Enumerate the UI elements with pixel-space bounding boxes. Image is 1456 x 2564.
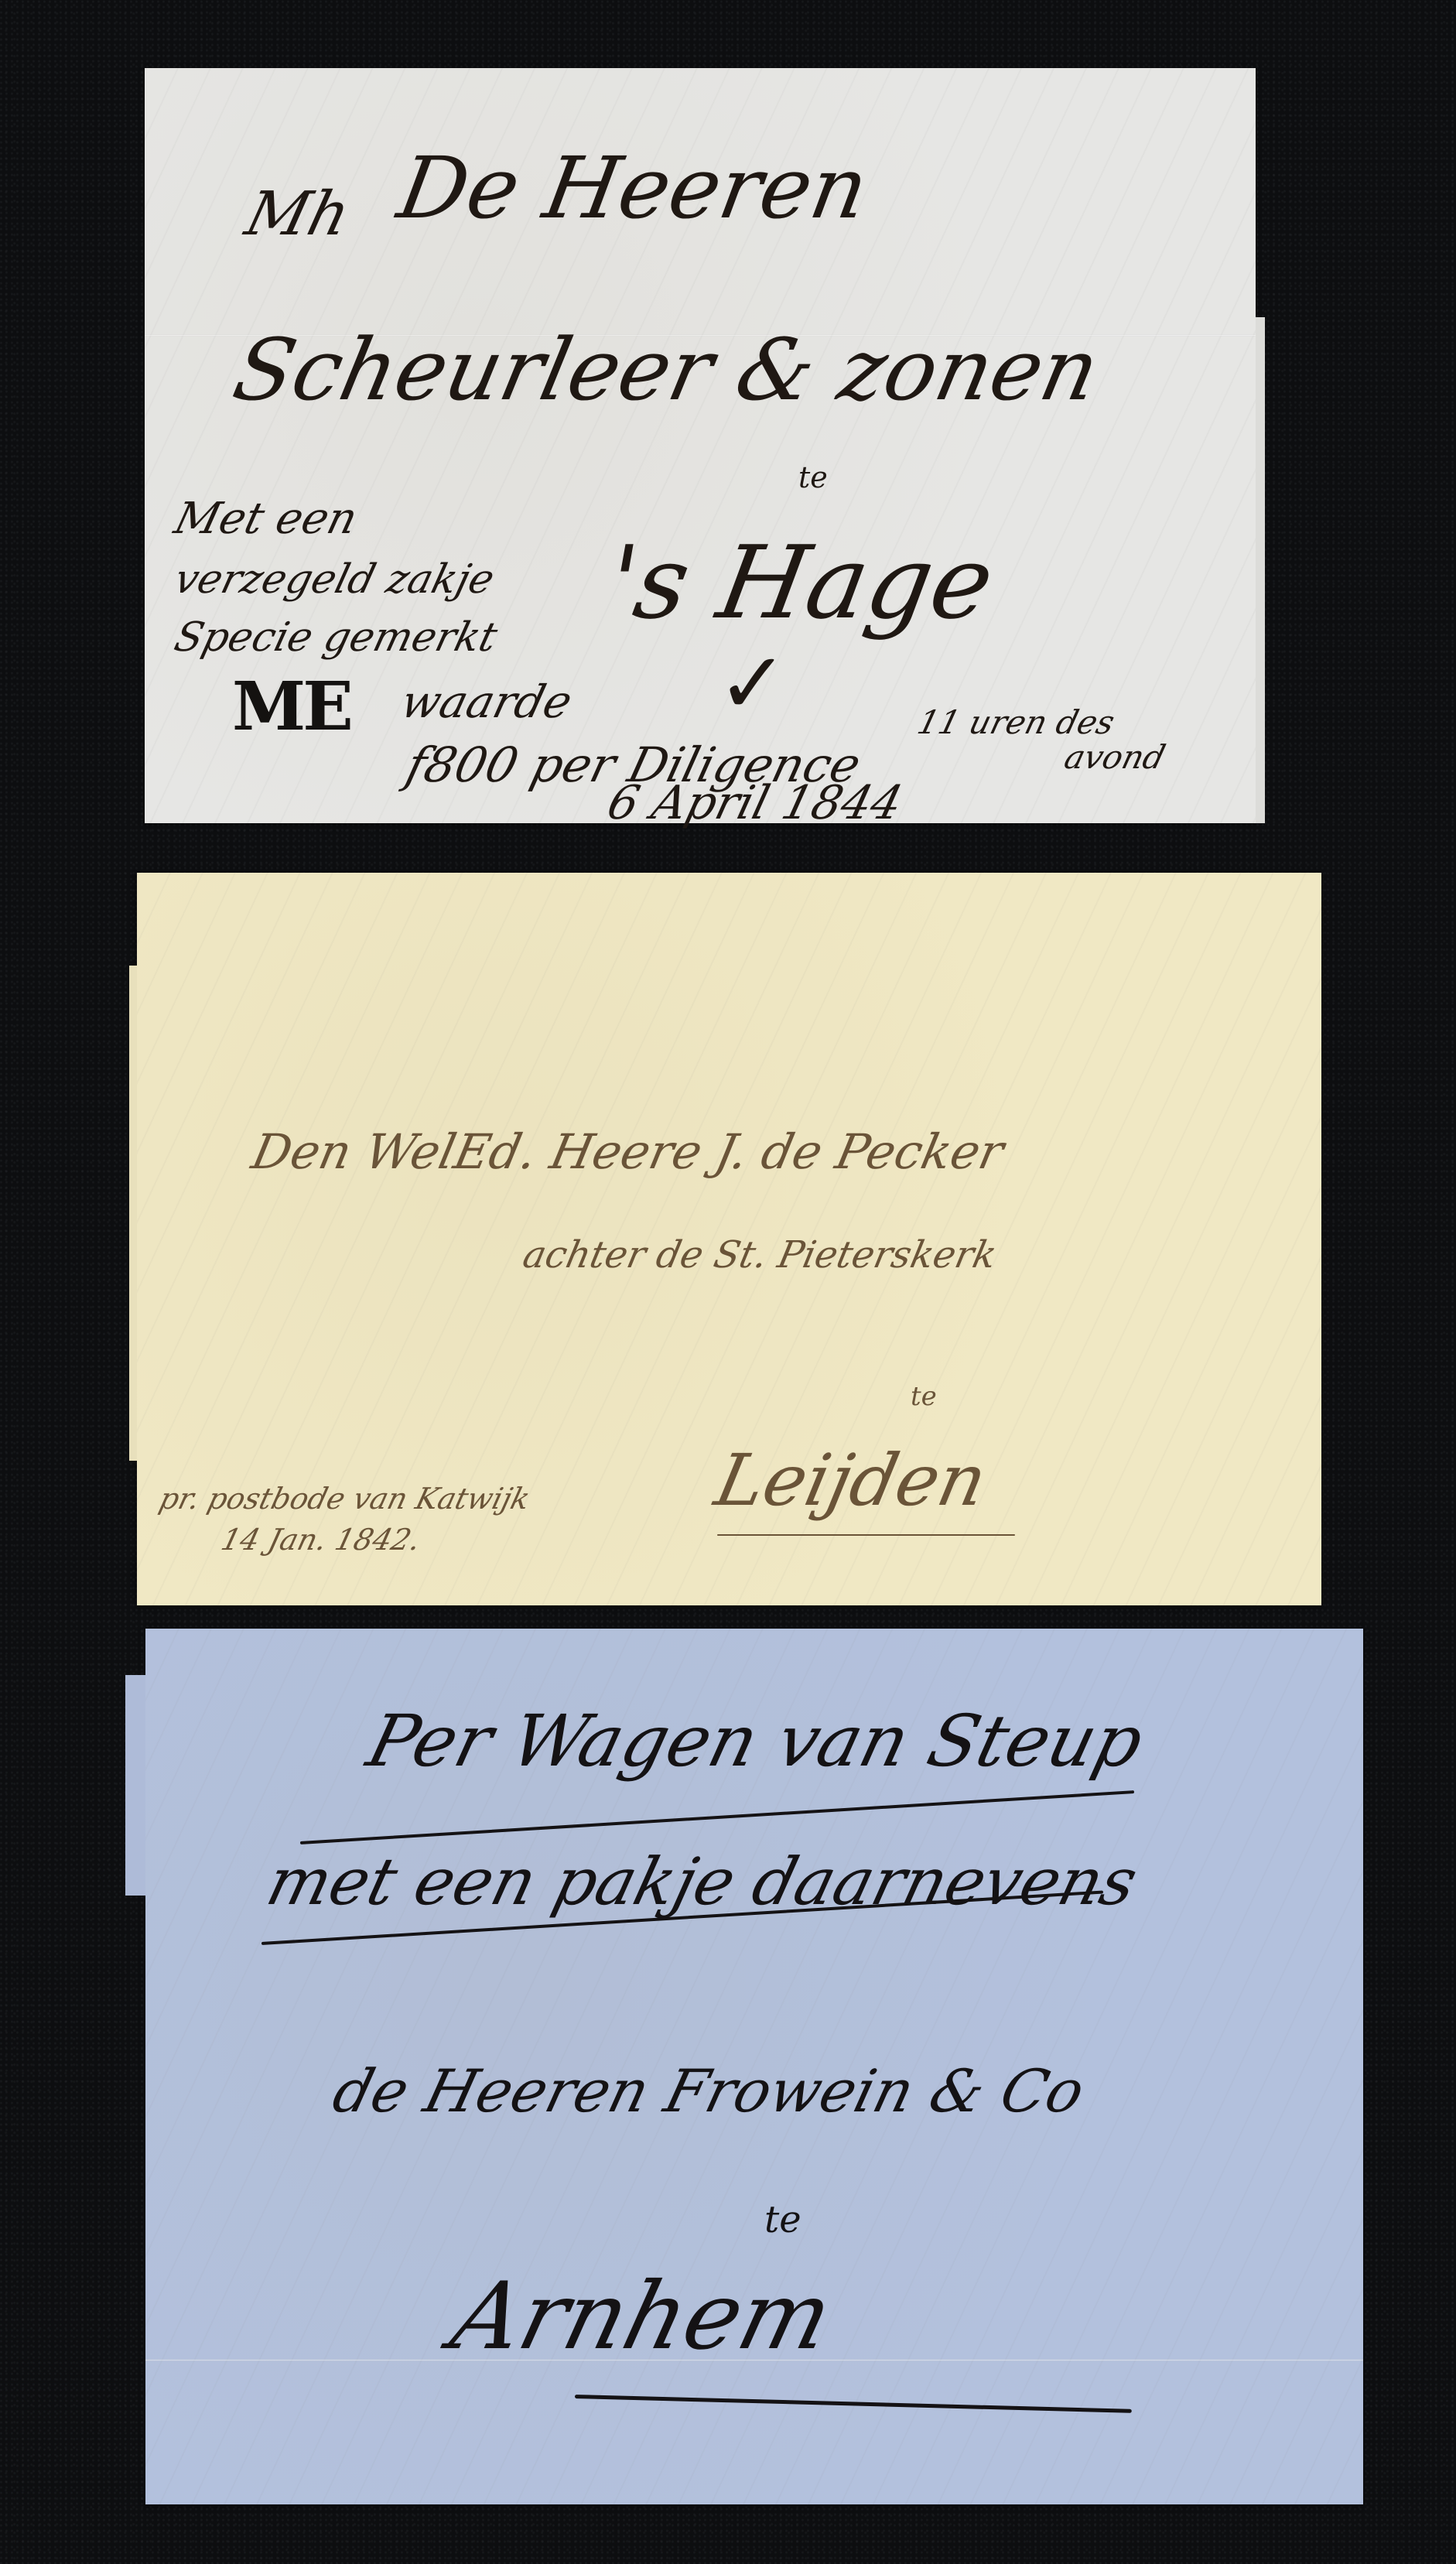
- fold-flap: [1256, 317, 1265, 823]
- destination: 's Hage: [600, 532, 1001, 633]
- destination-underline: [717, 1534, 1015, 1536]
- checkmark-icon: ✓: [717, 641, 788, 726]
- salutation-prefix: Mh: [240, 184, 356, 244]
- letter-cover-frowein: Per Wagen van Steup met een pakje daarne…: [145, 1629, 1363, 2504]
- note-line-2: verzegeld zakje: [171, 559, 498, 600]
- me-handstamp: ME: [232, 668, 350, 746]
- routing-line-2: met een pakje daarnevens: [261, 1849, 1143, 1914]
- note-line-1: Met een: [170, 497, 361, 541]
- destination: Leijden: [709, 1445, 993, 1516]
- date: 6 April 1844: [603, 780, 907, 826]
- address-line-2: achter de St. Pieterskerk: [520, 1236, 1000, 1273]
- routing-underline-1: [300, 1790, 1134, 1844]
- address-line-1: Den WelEd. Heere J. de Pecker: [248, 1128, 1007, 1176]
- letter-cover-scheurleer: Mh De Heeren Scheurleer & zonen te 's Ha…: [145, 68, 1256, 823]
- postal-note-date: 14 Jan. 1842.: [218, 1525, 423, 1554]
- salutation: De Heeren: [392, 145, 873, 231]
- destination-flourish: [575, 2395, 1132, 2413]
- addressee: Scheurleer & zonen: [227, 327, 1106, 412]
- destination-prefix: te: [798, 463, 828, 492]
- time-line-2: avond: [1061, 741, 1168, 774]
- postal-note-line-1: pr. postbode van Katwijk: [156, 1484, 533, 1513]
- fold-flap: [125, 1675, 145, 1896]
- fold-flap: [129, 966, 137, 1461]
- destination: Arnhem: [443, 2271, 840, 2364]
- value-label: waarde: [397, 679, 576, 724]
- routing-line-1: Per Wagen van Steup: [361, 1706, 1150, 1777]
- addressee: de Heeren Frowein & Co: [328, 2062, 1090, 2121]
- time-line-1: 11 uren des: [914, 706, 1118, 739]
- note-line-3: Specie gemerkt: [171, 617, 501, 658]
- destination-prefix: te: [764, 2201, 801, 2238]
- destination-prefix: te: [911, 1383, 937, 1410]
- letter-cover-de-pecker: Den WelEd. Heere J. de Pecker achter de …: [137, 873, 1321, 1605]
